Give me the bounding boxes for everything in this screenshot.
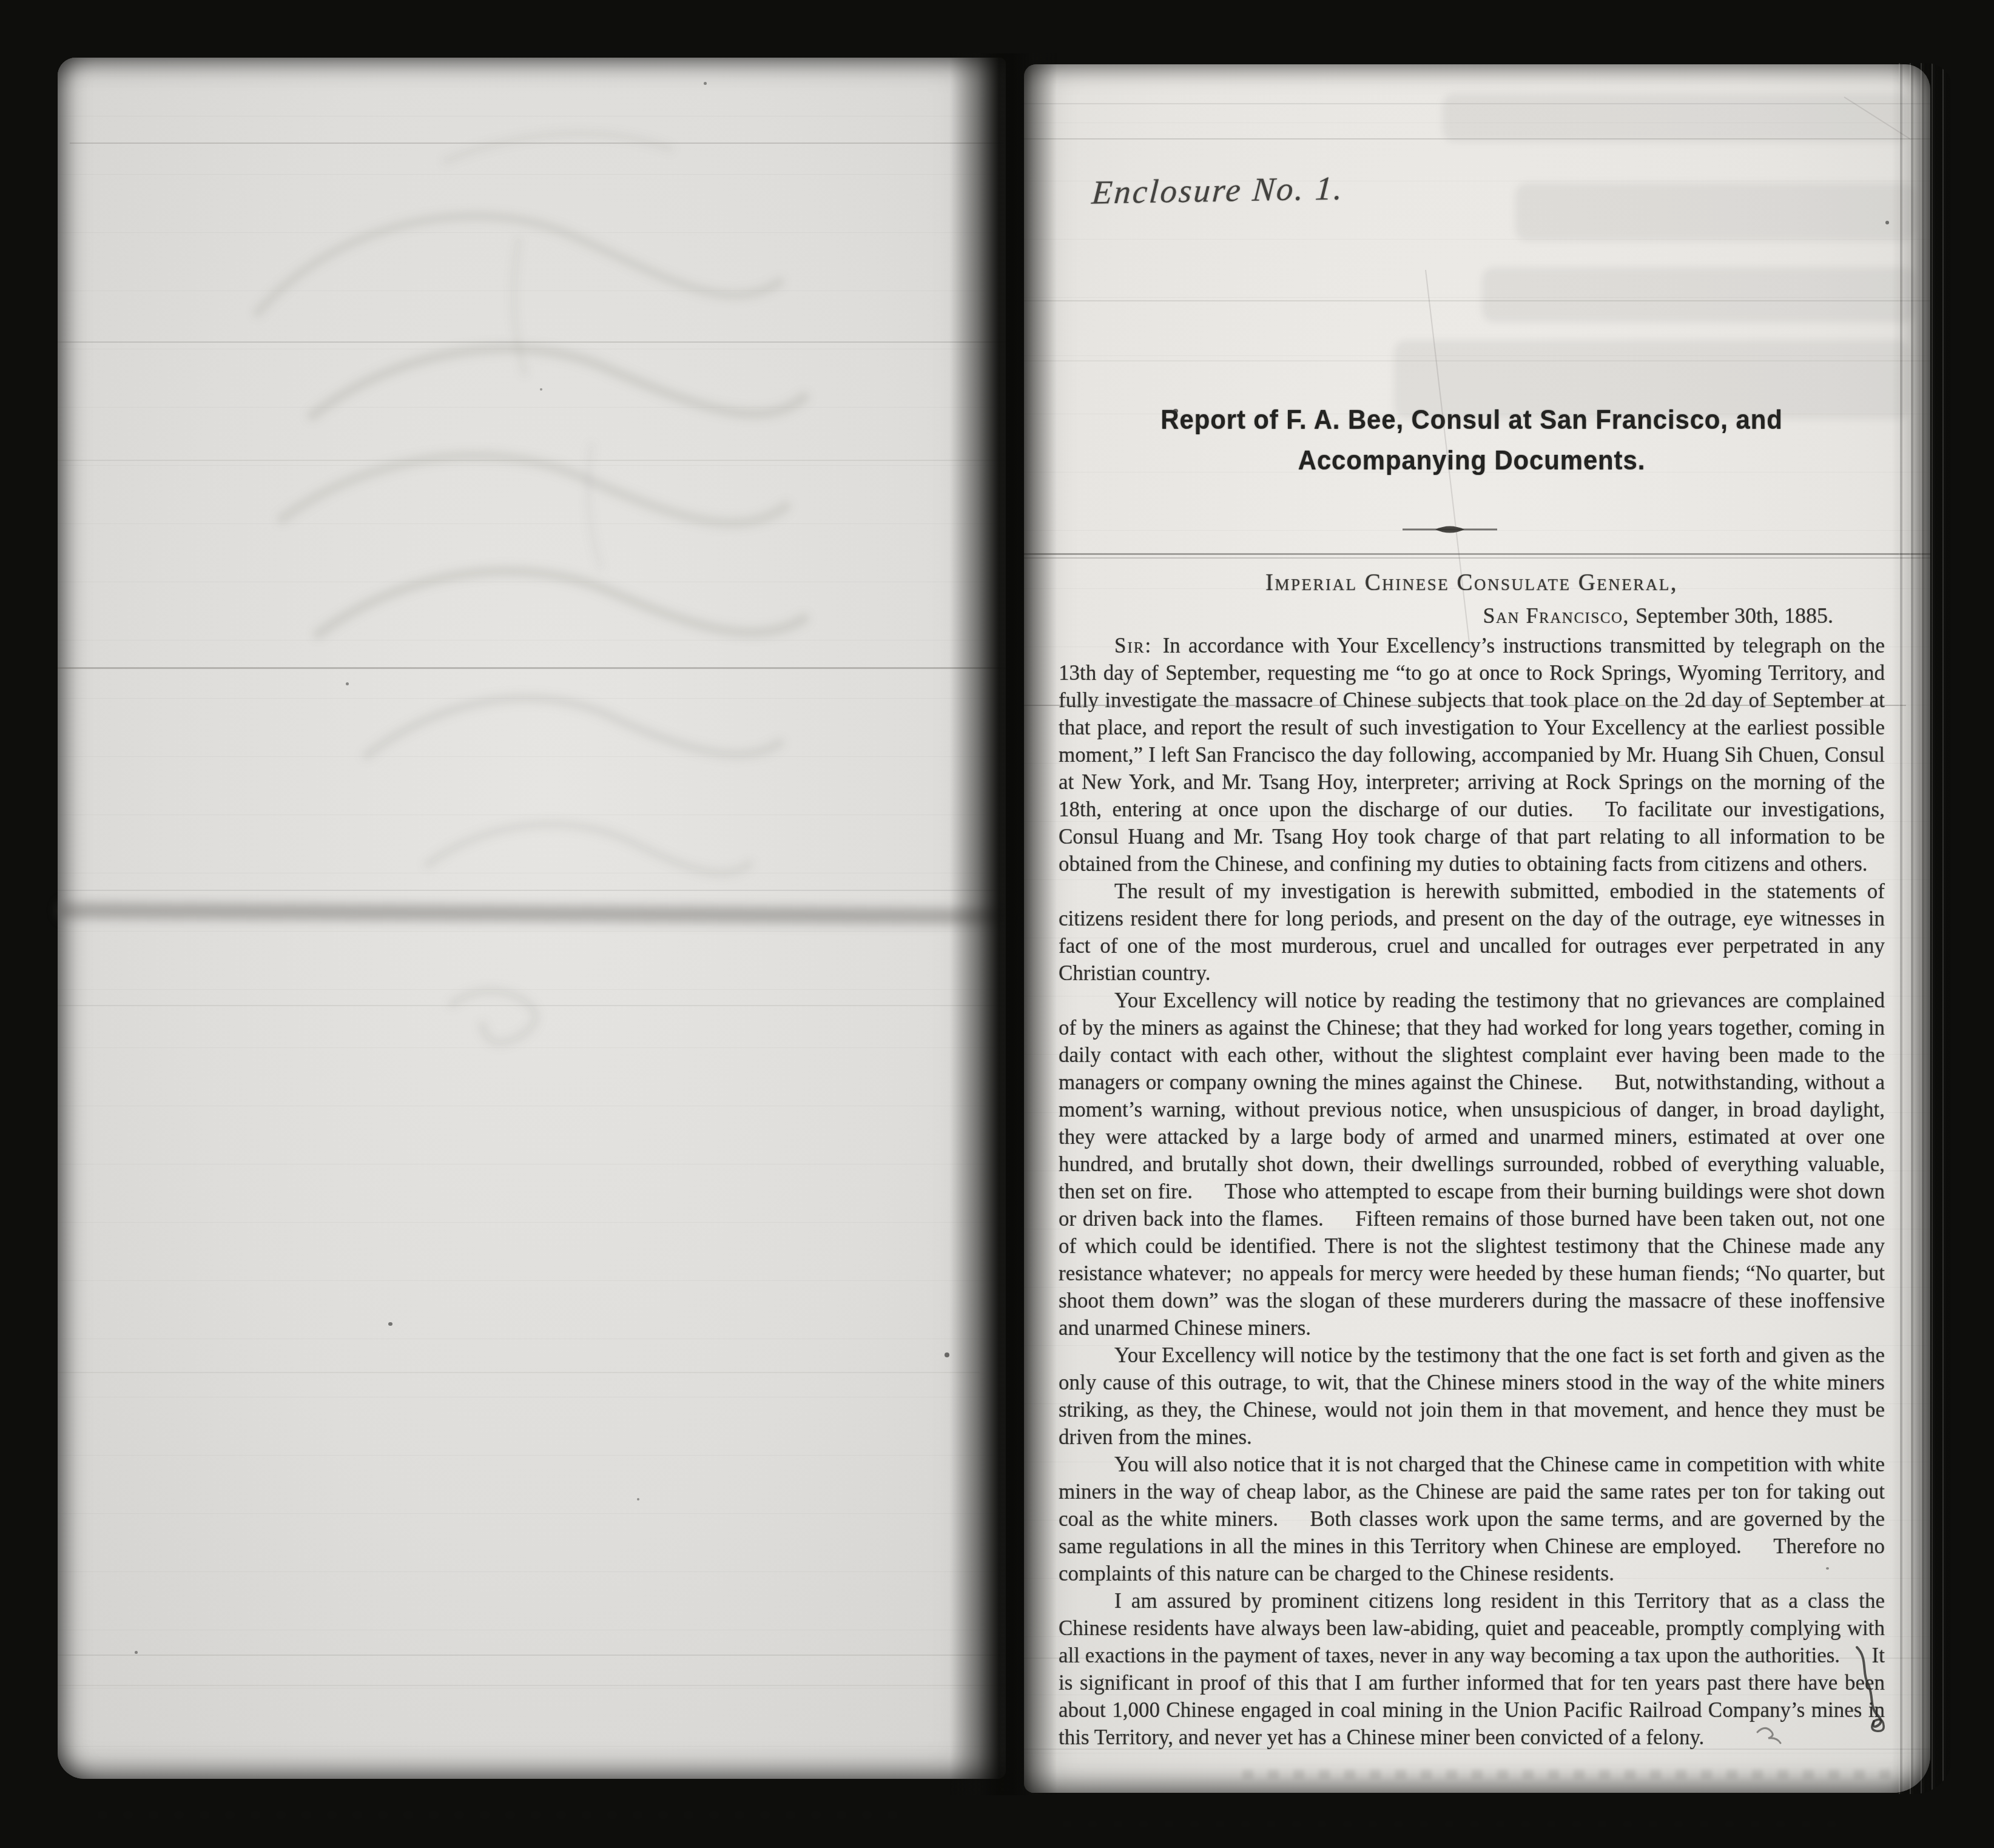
scratch-marks	[1024, 64, 1930, 1793]
ghost-handwriting	[58, 58, 1006, 1779]
right-printed-page: Enclosure No. 1. Report of F. A. Bee, Co…	[1024, 64, 1930, 1793]
book-scan: Enclosure No. 1. Report of F. A. Bee, Co…	[0, 0, 1994, 1848]
margin-ghost-print	[97, 1810, 916, 1819]
margin-ghost-print	[1062, 1819, 1850, 1829]
ink-squiggle	[1749, 1641, 1895, 1775]
left-blank-page	[58, 58, 1006, 1779]
